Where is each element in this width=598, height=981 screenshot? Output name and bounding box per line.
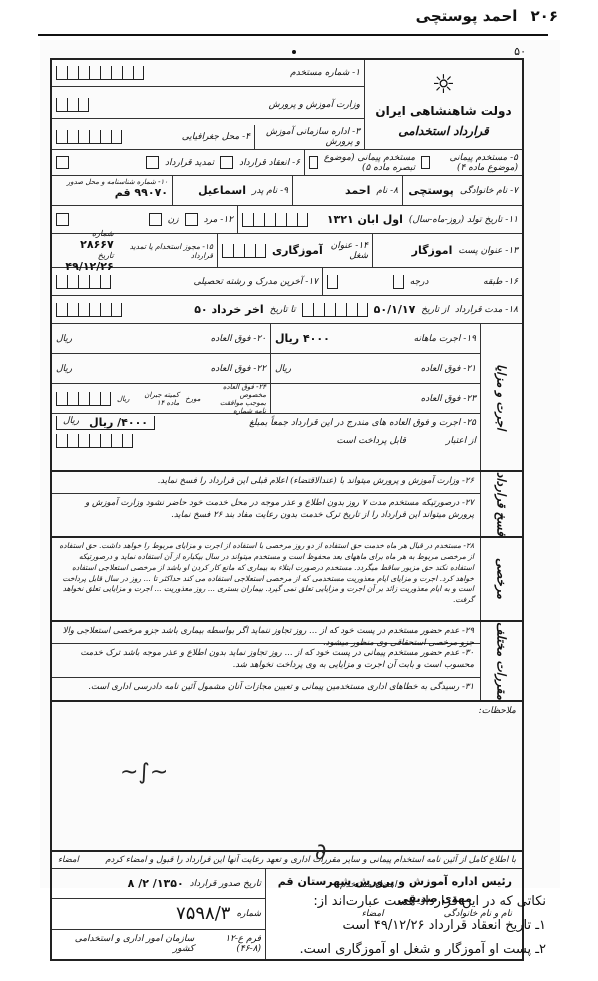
label: تاریخ	[98, 251, 114, 260]
consent-text: با اطلاع کامل از آئین نامه استخدام پیمان…	[105, 855, 516, 865]
last-name-value: پوستچی	[408, 184, 453, 197]
field-label: درجه	[410, 277, 429, 287]
caption-point: ۱ـ تاریخ انعقاد قرارداد ۴۹/۱۲/۲۶ است	[300, 914, 546, 938]
pay-row-19-20: ۱۹- اجرت ماهانه ۴۰۰۰ ریال ۲۰- فوق العاده…	[52, 324, 480, 354]
field-3-4: ۳- اداره سازمانی آموزش و پرورش ۴- محل جغ…	[52, 125, 364, 149]
issue-date-value: ۱۳۵۰/ ۲/ ۸	[128, 877, 184, 890]
scanned-contract: ۵۰ ☼ دولت شاهنشاهی ایران قرارداد استخدام…	[40, 40, 560, 888]
budget-code-boxes	[56, 434, 133, 448]
field-label: ۱۱- تاریخ تولد (روز-ماه-سال)	[409, 215, 518, 225]
start-date-boxes	[302, 303, 368, 317]
field-label: ۴- محل جغرافیایی	[182, 132, 250, 142]
field-label: ۱۹- اجرت ماهانه	[414, 334, 476, 344]
budget-line: از اعتبار قابل پرداخت است	[56, 434, 476, 448]
field-10: ۱۰- شماره شناسنامه و محل صدور ۹۹۰۷۰ قم	[52, 176, 172, 205]
job-title-value: آموزگاری	[272, 244, 323, 257]
job-code-boxes	[222, 244, 266, 258]
pay-section: اجرت و مزایا ۱۹- اجرت ماهانه ۴۰۰۰ ریال ۲…	[52, 324, 522, 472]
notes-label: ملاحظات:	[479, 706, 516, 716]
termination-section-label: فسخ قرارداد	[480, 472, 522, 536]
field-label: ۲۳- فوق العاده	[421, 394, 476, 404]
pay-row-23-24: ۲۳- فوق العاده ۲۴- فوق العاده مخصوص بموج…	[52, 384, 480, 414]
termination-section: فسخ قرارداد ۲۶- وزارت آموزش و پرورش میتو…	[52, 472, 522, 538]
caption: نکاتی که در این قرارداد هست عبارت‌اند از…	[300, 890, 546, 962]
field-20: ۲۰- فوق العاده ریال	[52, 324, 270, 353]
total-line: ۲۵- اجرت و فوق العاده های مندرج در این ق…	[56, 416, 476, 430]
location-code-boxes	[56, 130, 122, 144]
first-name-value: احمد	[345, 184, 370, 197]
clause-28: ۲۸- مستخدم در قبال هر ماه خدمت حق استفاد…	[52, 538, 480, 620]
id-number-value: ۹۹۰۷۰ قم	[115, 186, 168, 199]
caption-point: ۲ـ پست او آموزگار و شغل او آموزگاری است.	[300, 938, 546, 962]
field-label: ۱۸- مدت قرارداد	[455, 305, 518, 315]
field-label: مستخدم پیمانی (موضوع تبصره ماده ۵)	[324, 153, 415, 173]
field-4: ۴- محل جغرافیایی	[52, 125, 254, 149]
header-fields: ۱- شماره مستخدم وزارت آموزش و پرورش ۳- ا…	[52, 60, 364, 149]
page-header: ۲۰۶ احمد پوستچی	[40, 6, 558, 34]
monthly-wage-value: ۴۰۰۰ ریال	[275, 332, 330, 345]
position-title-value: اموزگار	[412, 244, 453, 257]
father-name-value: اسماعیل	[198, 184, 246, 197]
birth-date-boxes	[242, 213, 308, 227]
field-label: ۱۷- آخرین مدرک و رشته تحصیلی	[194, 277, 318, 287]
field-11: ۱۱- تاریخ تولد (روز-ماه-سال) اول ابان ۱۳…	[237, 206, 522, 233]
contract-period-row: ۱۸- مدت قرارداد از تاریخ ۵۰/۱/۱۷ تا تاری…	[52, 296, 522, 324]
employee-signature-caption: امضاء مستخدم	[340, 880, 397, 890]
ministry-field: وزارت آموزش و پرورش	[52, 93, 364, 120]
field-label: زن	[168, 215, 179, 225]
label: شماره	[92, 229, 114, 238]
lion-and-sun-emblem-icon: ☼	[432, 72, 455, 98]
currency-label: ریال	[63, 416, 79, 429]
form-header: ☼ دولت شاهنشاهی ایران قرارداد استخدامی ۱…	[52, 60, 522, 150]
field-label: ۲۲- فوق العاده	[211, 364, 266, 374]
issuing-organization: سازمان امور اداری و استخدامی کشور	[56, 934, 194, 954]
consent-signature-label: امضاء	[58, 855, 79, 865]
issue-number-value: ۷۵۹۸/۳	[176, 903, 230, 924]
position-row: ۱۳- عنوان پست اموزگار ۱۴- عنوان شغل آموز…	[52, 234, 522, 268]
form-title: قرارداد استخدامی	[398, 124, 489, 138]
education-boxes	[56, 275, 111, 289]
clause-26: ۲۶- وزارت آموزش و پرورش میتواند با (عندا…	[52, 472, 480, 494]
government-name: دولت شاهنشاهی ایران	[375, 104, 511, 118]
checkbox[interactable]	[56, 213, 69, 226]
issuance-details: تاریخ صدور قرارداد ۱۳۵۰/ ۲/ ۸ شماره ۷۵۹۸…	[52, 869, 266, 959]
birth-date-value: اول ابان ۱۳۲۱	[327, 213, 403, 226]
checkbox[interactable]	[309, 156, 318, 169]
field-15: ۱۵- مجوز استخدام یا تمدید قرارداد شماره …	[52, 234, 217, 267]
end-date-boxes	[56, 303, 122, 317]
field-label: ۱۳- عنوان پست	[458, 246, 518, 256]
corner-mark: ۵۰	[514, 45, 526, 58]
total-amount-box: ۴۰۰۰/ ریال ریال	[56, 416, 155, 430]
employee-number-boxes	[56, 66, 144, 80]
field-label: وزارت آموزش و پرورش	[269, 100, 360, 110]
grade-row: ۱۶- طبقه درجه ۱۷- آخرین مدرک و رشته تحصی…	[52, 268, 522, 296]
total-amount-value: ۴۰۰۰/ ریال	[89, 416, 148, 429]
misc-rules-fields: ۲۹- عدم حضور مستخدم در پست خود که از ...…	[52, 622, 480, 700]
clause-29: ۲۹- عدم حضور مستخدم در پست خود که از ...…	[52, 622, 480, 644]
field-24: ۲۴- فوق العاده مخصوص بموجب موافقت نامه ش…	[52, 384, 270, 413]
grade-box	[393, 275, 404, 289]
page-number: ۲۰۶	[531, 7, 558, 25]
field-22: ۲۲- فوق العاده ریال	[52, 354, 270, 383]
class-box	[327, 275, 338, 289]
employee-signature: ~∫~	[120, 760, 168, 785]
field-sublabel: بموجب موافقت نامه شماره	[207, 399, 267, 415]
caption-intro: نکاتی که در این قرارداد هست عبارت‌اند از…	[300, 890, 546, 914]
field-21: ۲۱- فوق العاده ریال	[270, 354, 480, 383]
field-label: ۱۶- طبقه	[483, 277, 518, 287]
checkbox[interactable]	[146, 156, 159, 169]
field-5: ۵- مستخدم پیمانی (موضوع ماده ۴) مستخدم پ…	[304, 150, 522, 175]
field-9: ۹- نام پدر اسماعیل	[172, 176, 292, 205]
clause-30: ۳۰- عدم حضور مستخدم پیمانی در پست خود که…	[52, 644, 480, 678]
field-14: ۱۴- عنوان شغل آموزگاری	[217, 234, 372, 267]
field-label: ۲۰- فوق العاده	[211, 334, 266, 344]
currency-label: ریال	[275, 364, 291, 374]
birth-row: ۱۱- تاریخ تولد (روز-ماه-سال) اول ابان ۱۳…	[52, 206, 522, 234]
field-19: ۱۹- اجرت ماهانه ۴۰۰۰ ریال	[270, 324, 480, 353]
misc-rules-section-label: مقررات مختلف	[480, 622, 522, 700]
field-7: ۷- نام خانوادگی پوستچی	[402, 176, 522, 205]
leave-section: مرخصی ۲۸- مستخدم در قبال هر ماه خدمت حق …	[52, 538, 522, 622]
ministry-code-boxes	[56, 98, 89, 112]
checkbox[interactable]	[220, 156, 233, 169]
field-17: ۱۷- آخرین مدرک و رشته تحصیلی	[52, 268, 322, 295]
checkbox-male[interactable]	[185, 213, 198, 226]
field-note: کمیته جبران ماده ۱۴	[136, 391, 180, 407]
pay-row-25: ۲۵- اجرت و فوق العاده های مندرج در این ق…	[52, 414, 480, 470]
checkbox-female[interactable]	[149, 213, 162, 226]
field-label: ۸- نام	[376, 186, 398, 196]
authorization-block: شماره ۲۸۶۶۷ تاریخ ۴۹/۱۲/۲۶	[56, 229, 114, 273]
field-label: از تاریخ	[421, 305, 449, 315]
emblem-block: ☼ دولت شاهنشاهی ایران قرارداد استخدامی	[364, 60, 522, 149]
running-title: احمد پوستچی	[416, 7, 518, 25]
misc-rules-section: مقررات مختلف ۲۹- عدم حضور مستخدم در پست …	[52, 622, 522, 702]
field-label: از اعتبار	[446, 436, 476, 446]
field-label: ۲۱- فوق العاده	[421, 364, 476, 374]
field-label: تاریخ صدور قرارداد	[190, 879, 261, 889]
ink-dot	[292, 50, 296, 54]
issue-date-field: تاریخ صدور قرارداد ۱۳۵۰/ ۲/ ۸	[52, 869, 265, 899]
form-code: فرم ع-۱۲ (۸-۴۶)	[200, 934, 261, 954]
leave-section-label: مرخصی	[480, 538, 522, 620]
field-label: ۵- مستخدم پیمانی (موضوع ماده ۴)	[436, 153, 518, 173]
form-code-field: فرم ع-۱۲ (۸-۴۶) سازمان امور اداری و استخ…	[52, 930, 265, 959]
termination-fields: ۲۶- وزارت آموزش و پرورش میتواند با (عندا…	[52, 472, 480, 536]
authority-signature: ∂	[315, 840, 326, 865]
field-label: ۲۵- اجرت و فوق العاده های مندرج در این ق…	[249, 418, 476, 428]
field-16: ۱۶- طبقه درجه	[322, 268, 522, 295]
field-label: ۱۰- شماره شناسنامه و محل صدور	[67, 178, 168, 186]
contract-form: ☼ دولت شاهنشاهی ایران قرارداد استخدامی ۱…	[50, 58, 524, 961]
field-label: قابل پرداخت است	[337, 436, 406, 446]
field-label: ۲۴- فوق العاده مخصوص	[207, 383, 267, 399]
pay-fields: ۱۹- اجرت ماهانه ۴۰۰۰ ریال ۲۰- فوق العاده…	[52, 324, 480, 470]
field-label: مورخ	[185, 395, 200, 403]
field-8: ۸- نام احمد	[292, 176, 402, 205]
field-label: ۱۴- عنوان شغل	[329, 241, 368, 261]
field-label: ۹- نام پدر	[252, 186, 288, 196]
field-13: ۱۳- عنوان پست اموزگار	[372, 234, 522, 267]
issue-number-field: شماره ۷۵۹۸/۳	[52, 899, 265, 929]
field-label: تمدید قرارداد	[165, 158, 214, 168]
field-label: ۶- انعقاد قرارداد	[239, 158, 300, 168]
authorization-number: ۲۸۶۶۷	[80, 238, 114, 251]
currency-label: ریال	[56, 334, 72, 344]
pay-row-21-22: ۲۱- فوق العاده ریال ۲۲- فوق العاده ریال	[52, 354, 480, 384]
field-24-labels: ۲۴- فوق العاده مخصوص بموجب موافقت نامه ش…	[207, 383, 267, 415]
field-label: شماره	[236, 909, 261, 919]
checkbox[interactable]	[56, 156, 69, 169]
currency-label: ریال	[117, 395, 130, 403]
employment-type-row: ۵- مستخدم پیمانی (موضوع ماده ۴) مستخدم پ…	[52, 150, 522, 176]
special-allowance-boxes	[56, 392, 111, 406]
checkbox[interactable]	[421, 156, 430, 169]
field-1: ۱- شماره مستخدم	[52, 60, 364, 87]
clause-27: ۲۷- درصورتیکه مستخدم مدت ۷ روز بدون اطلا…	[52, 494, 480, 534]
field-25: ۲۵- اجرت و فوق العاده های مندرج در این ق…	[52, 414, 480, 470]
field-3: ۳- اداره سازمانی آموزش و پرورش	[254, 125, 364, 149]
field-label: ۱- شماره مستخدم	[290, 68, 360, 78]
clause-31: ۳۱- رسیدگی به خطاهای اداری مستخدمین پیما…	[52, 678, 480, 700]
field-23: ۲۳- فوق العاده	[270, 384, 480, 413]
currency-label: ریال	[56, 364, 72, 374]
field-18: ۱۸- مدت قرارداد از تاریخ ۵۰/۱/۱۷ تا تاری…	[52, 296, 522, 323]
identity-row: ۷- نام خانوادگی پوستچی ۸- نام احمد ۹- نا…	[52, 176, 522, 206]
field-6: ۶- انعقاد قرارداد تمدید قرارداد	[52, 150, 304, 175]
end-date-value: اخر خرداد ۵۰	[194, 303, 263, 316]
field-label: تا تاریخ	[270, 305, 296, 315]
start-date-value: ۵۰/۱/۱۷	[374, 303, 416, 316]
field-label: ۳- اداره سازمانی آموزش و پرورش	[259, 127, 360, 147]
consent-line: با اطلاع کامل از آئین نامه استخدام پیمان…	[52, 852, 522, 869]
field-label: ۱۲- مرد	[204, 215, 233, 225]
pay-section-label: اجرت و مزایا	[480, 324, 522, 470]
field-label: ۷- نام خانوادگی	[460, 186, 518, 196]
field-label: ۱۵- مجوز استخدام یا تمدید قرارداد	[120, 242, 213, 260]
header-rule	[38, 34, 548, 36]
